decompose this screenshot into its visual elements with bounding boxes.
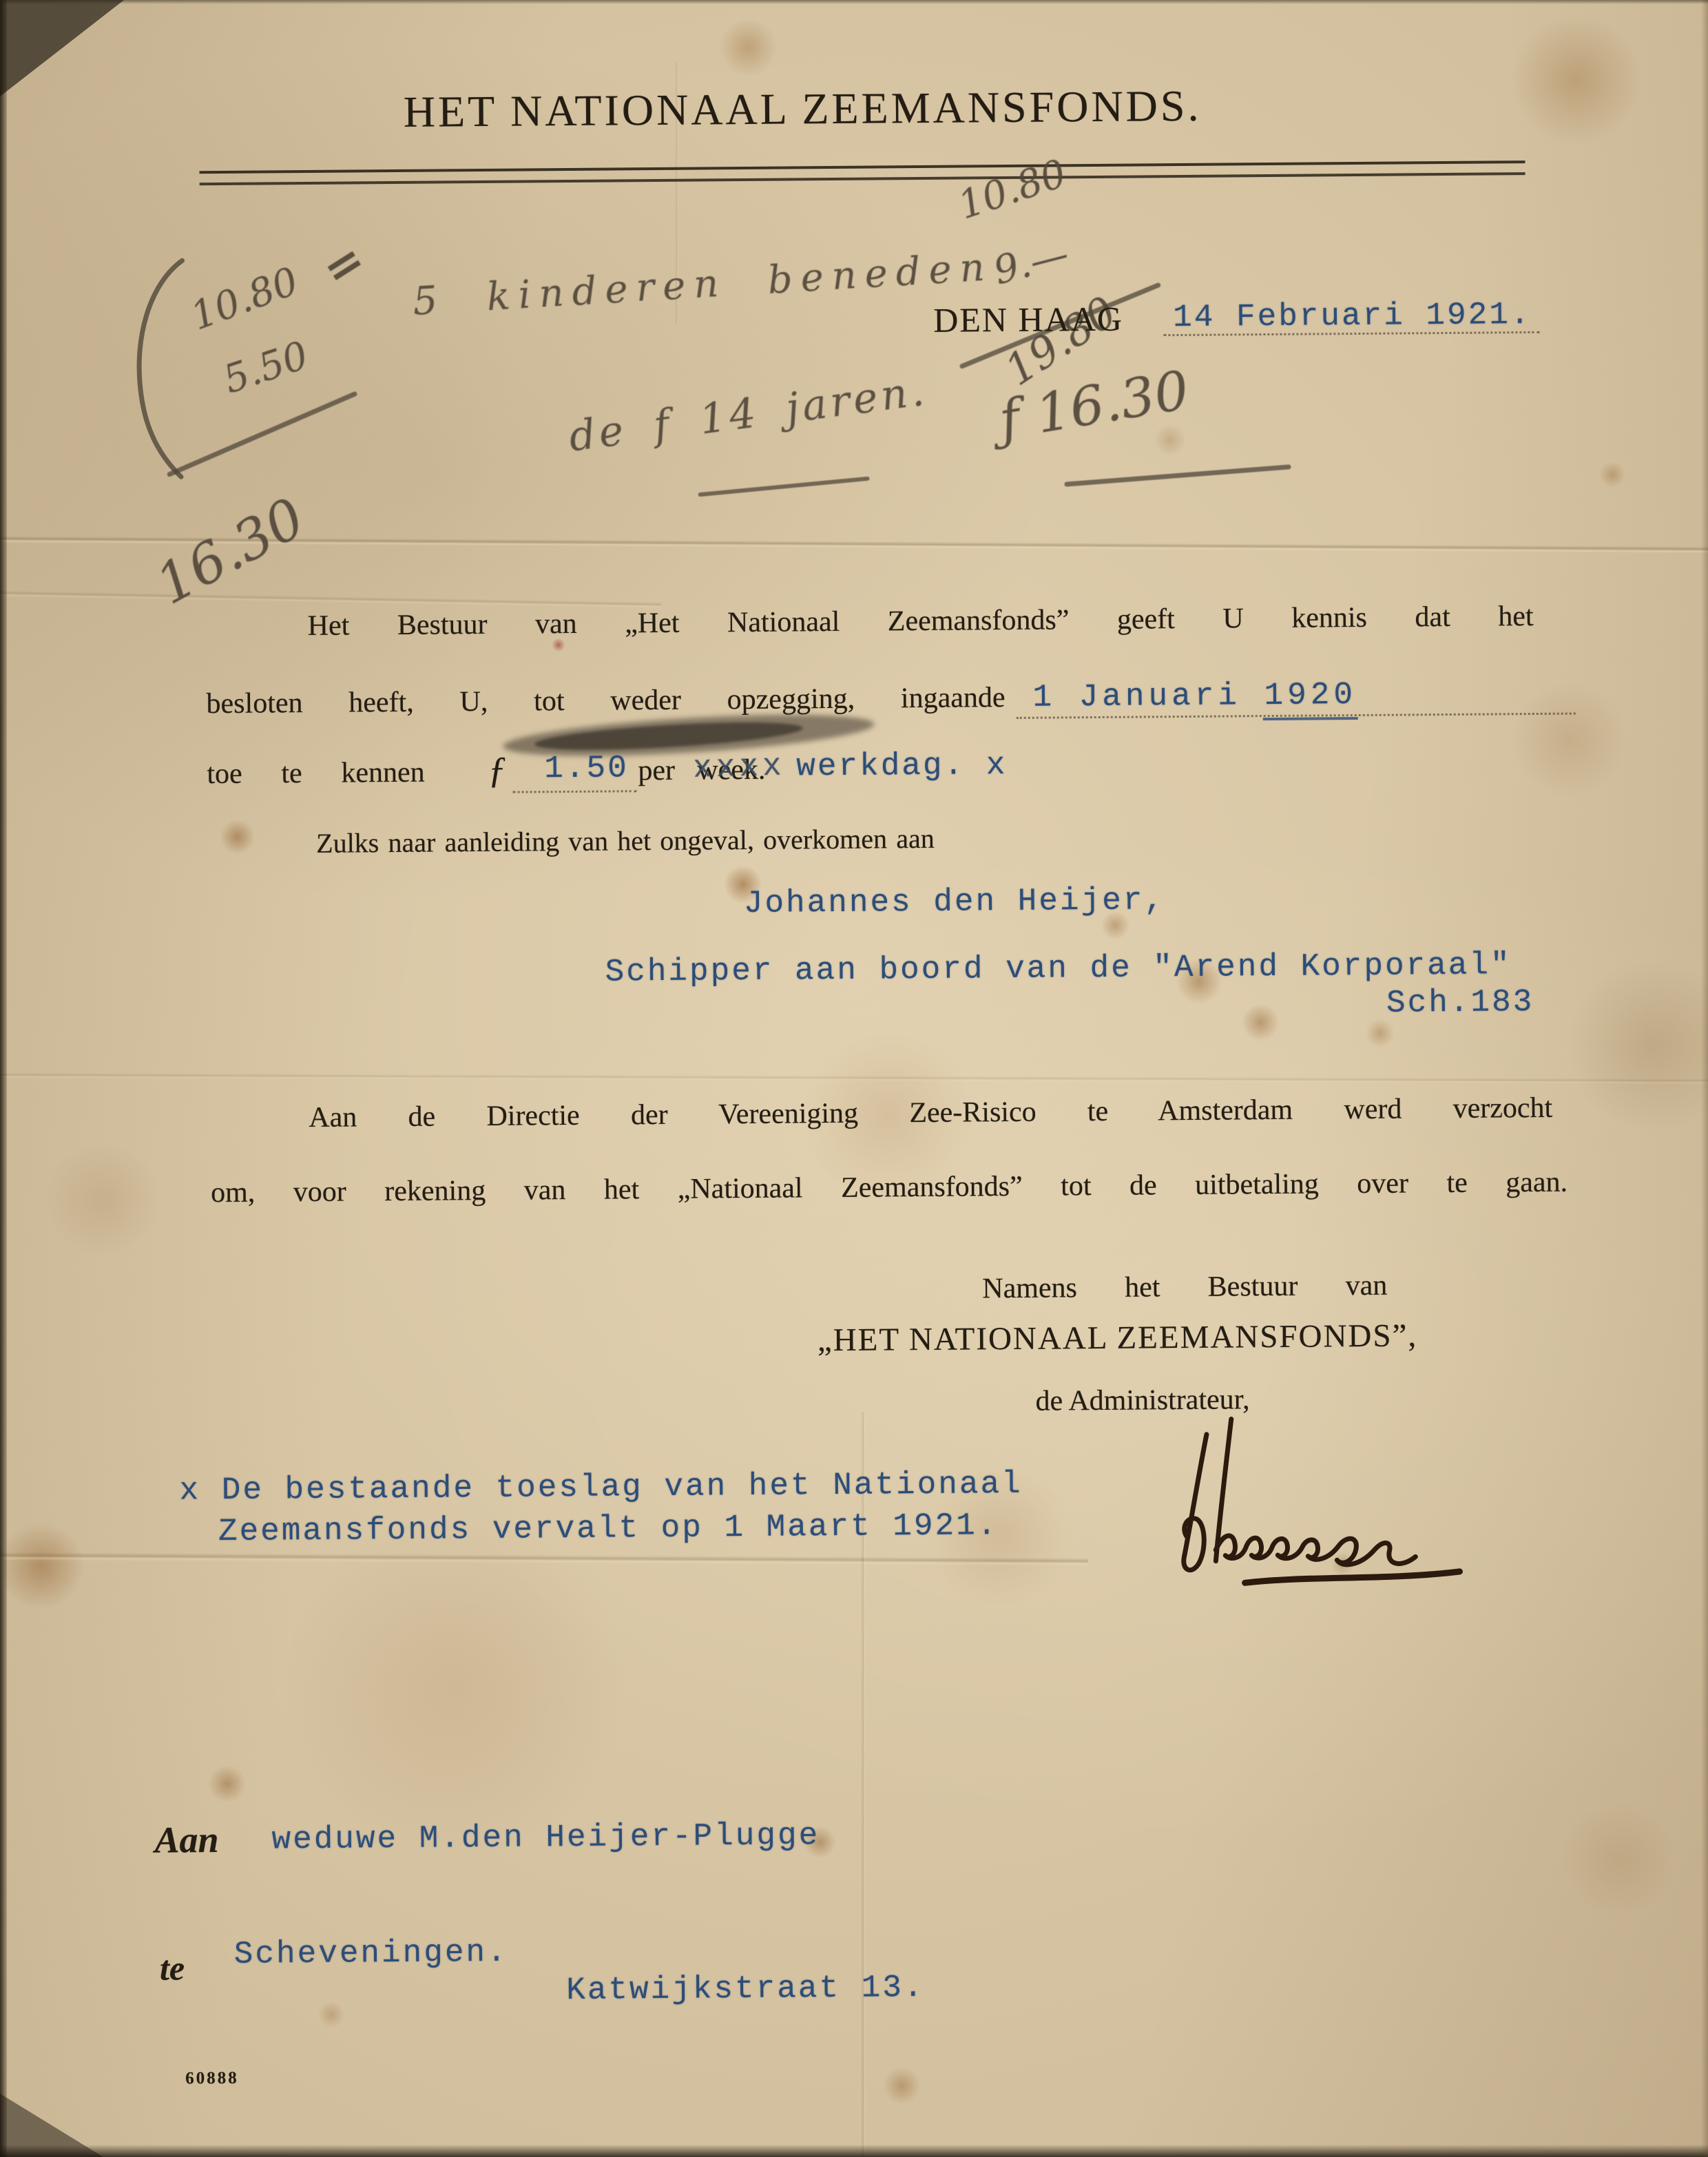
paragraph1-line3-printed2: per: [638, 754, 675, 787]
pencil-sum-left-addend1: 10.80: [185, 259, 304, 340]
paragraph3-line2: om, voor rekening van het „Nationaal Zee…: [211, 1166, 1568, 1209]
paragraph3-line1: Aan de Directie der Vereeniging Zee-Risi…: [309, 1092, 1552, 1134]
paragraph1-line2-printed: besloten heeft, U, tot weder opzegging, …: [206, 681, 1005, 720]
paragraph1-line3-dotted-fill: [513, 790, 637, 793]
pencil-equals-sign: =: [313, 231, 375, 299]
letterhead-rule: [199, 160, 1525, 185]
typed-beneficiary-name: Johannes den Heijer,: [744, 882, 1165, 921]
pencil-note-line2: de f 14 jaren.: [566, 366, 930, 461]
pencil-bracket: [110, 255, 202, 483]
pencil-sum-left-addend2: 5.50: [218, 333, 314, 402]
closing-line2: „HET NATIONAAL ZEEMANSFONDS”,: [817, 1317, 1418, 1359]
typed-date-underline: [1263, 717, 1358, 720]
typed-ship-number: Sch.183: [1386, 984, 1534, 1021]
address-label-te: te: [160, 1948, 185, 1988]
paragraph1-line3-printed1: toe te kennen: [207, 756, 425, 791]
address-city: Scheveningen.: [234, 1935, 508, 1972]
pencil-note-line1: 5 kinderen beneden: [412, 244, 994, 324]
paragraph1-line3-typed-rest: werkdag. x: [796, 747, 1007, 784]
signature: [1141, 1413, 1466, 1588]
printer-number: 60888: [185, 2069, 239, 2089]
address-name: weduwe M.den Heijer-Plugge: [271, 1817, 820, 1857]
pencil-note-underline: [698, 477, 869, 497]
florin-sign: ƒ: [488, 749, 506, 791]
closing-line1: Namens het Bestuur van: [982, 1269, 1387, 1306]
letterhead-title: HET NATIONAAL ZEEMANSFONDS.: [404, 81, 1202, 138]
address-label-aan: Aan: [154, 1818, 219, 1862]
address-street: Katwijkstraat 13.: [566, 1970, 925, 2008]
typed-beneficiary-role: Schipper aan boord van de "Arend Korpora…: [605, 947, 1511, 990]
paragraph1-line2-typed-date: 1 Januari 1920: [1032, 677, 1357, 716]
paragraph2: Zulks naar aanleiding van het ongeval, o…: [316, 822, 935, 859]
footnote-line1: x De bestaande toeslag van het Nationaal: [179, 1466, 1023, 1509]
paragraph1-line3-typed-amount: 1.50: [544, 750, 629, 786]
letter-content: HET NATIONAAL ZEEMANSFONDS. 10.80 5.50 1…: [0, 0, 1708, 2157]
dateline-date-typed: 14 Februari 1921.: [1173, 297, 1532, 335]
scanned-letter-page: HET NATIONAAL ZEEMANSFONDS. 10.80 5.50 1…: [0, 0, 1708, 2157]
strike-over-week: xxxx: [693, 748, 787, 786]
pencil-sum-left-total: 16.30: [146, 486, 315, 617]
pencil-sum-right-addend1: 10.80: [953, 151, 1072, 228]
dateline-place: DEN HAAG: [933, 299, 1123, 340]
pencil-amount-underline: [1064, 464, 1291, 487]
pencil-sum-right-addend2: 9.—: [989, 231, 1073, 293]
paragraph1-line1: Het Bestuur van „Het Nationaal Zeemansfo…: [307, 600, 1533, 643]
footnote-line2: Zeemansfonds vervalt op 1 Maart 1921.: [218, 1508, 999, 1550]
closing-line3: de Administrateur,: [1035, 1383, 1249, 1417]
